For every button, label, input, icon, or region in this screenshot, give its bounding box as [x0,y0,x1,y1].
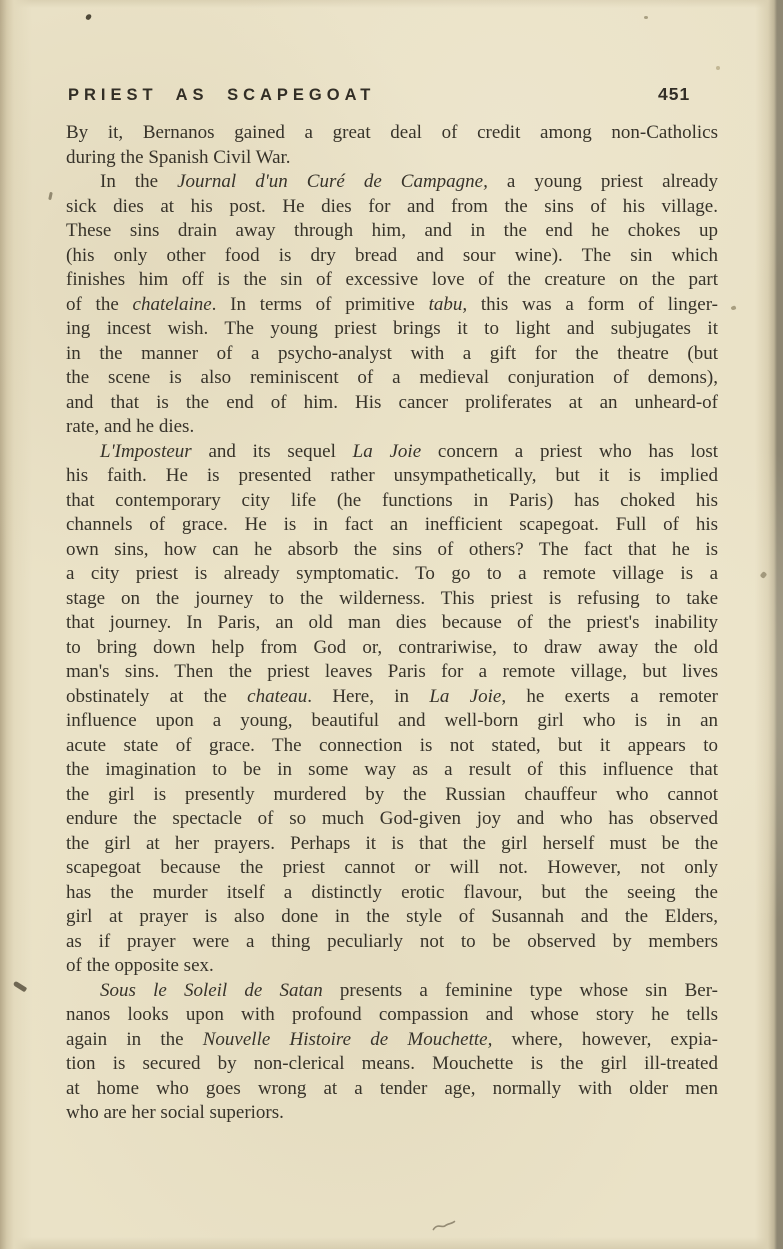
text-line: own sins, how can he absorb the sins of … [66,538,718,563]
text-line: finishes him off is the sin of excessive… [66,268,718,293]
text-line: to bring down help from God or, contrari… [66,636,718,661]
ink-speck [644,16,648,19]
text-line: and that is the end of him. His cancer p… [66,391,718,416]
body-text: By it, Bernanos gained a great deal of c… [66,121,718,1126]
text-line: girl at prayer is also done in the style… [66,905,718,930]
text-line: tion is secured by non-clerical means. M… [66,1052,718,1077]
text-line: that contemporary city life (he function… [66,489,718,514]
text-line: during the Spanish Civil War. [66,146,718,171]
text-line: channels of grace. He is in fact an inef… [66,513,718,538]
text-line: who are her social superiors. [66,1101,718,1126]
text-line: obstinately at the chateau. Here, in La … [66,685,718,710]
text-line: rate, and he dies. [66,415,718,440]
ink-speck [760,571,768,579]
text-line: of the chatelaine. In terms of primitive… [66,293,718,318]
page-number: 451 [658,84,690,105]
running-head-title: PRIEST AS SCAPEGOAT [68,86,375,105]
ink-speck [730,305,736,310]
text-line: in the manner of a psycho-analyst with a… [66,342,718,367]
text-line: sick dies at his post. He dies for and f… [66,195,718,220]
text-line: By it, Bernanos gained a great deal of c… [66,121,718,146]
text-line: In the Journal d'un Curé de Campagne, a … [66,170,718,195]
ink-speck [716,66,720,70]
text-line: the girl is presently murdered by the Ru… [66,783,718,808]
ink-speck [48,192,53,200]
text-line: These sins drain away through him, and i… [66,219,718,244]
text-line: the imagination to be in some way as a r… [66,758,718,783]
text-line: acute state of grace. The connection is … [66,734,718,759]
text-line: stage on the journey to the wilderness. … [66,587,718,612]
text-line: endure the spectacle of so much God-give… [66,807,718,832]
text-line: (his only other food is dry bread and so… [66,244,718,269]
ink-speck [85,13,92,21]
text-line: that journey. In Paris, an old man dies … [66,611,718,636]
text-line: a city priest is already symptomatic. To… [66,562,718,587]
text-line: L'Imposteur and its sequel La Joie conce… [66,440,718,465]
text-line: nanos looks upon with profound compassio… [66,1003,718,1028]
book-page-scan: { "colors": { "paper": "#eae2c7", "ink":… [0,0,783,1249]
ink-speck [13,981,28,993]
text-line: has the murder itself a distinctly eroti… [66,881,718,906]
text-line: Sous le Soleil de Satan presents a femin… [66,979,718,1004]
text-line: at home who goes wrong at a tender age, … [66,1077,718,1102]
pencil-squiggle [431,1219,456,1232]
text-line: as if prayer were a thing peculiarly not… [66,930,718,955]
text-line: the scene is also reminiscent of a medie… [66,366,718,391]
text-line: scapegoat because the priest cannot or w… [66,856,718,881]
text-line: his faith. He is presented rather unsymp… [66,464,718,489]
text-line: of the opposite sex. [66,954,718,979]
text-line: the girl at her prayers. Perhaps it is t… [66,832,718,857]
text-line: ing incest wish. The young priest brings… [66,317,718,342]
text-line: man's sins. Then the priest leaves Paris… [66,660,718,685]
text-line: again in the Nouvelle Histoire de Mouche… [66,1028,718,1053]
text-line: influence upon a young, beautiful and we… [66,709,718,734]
